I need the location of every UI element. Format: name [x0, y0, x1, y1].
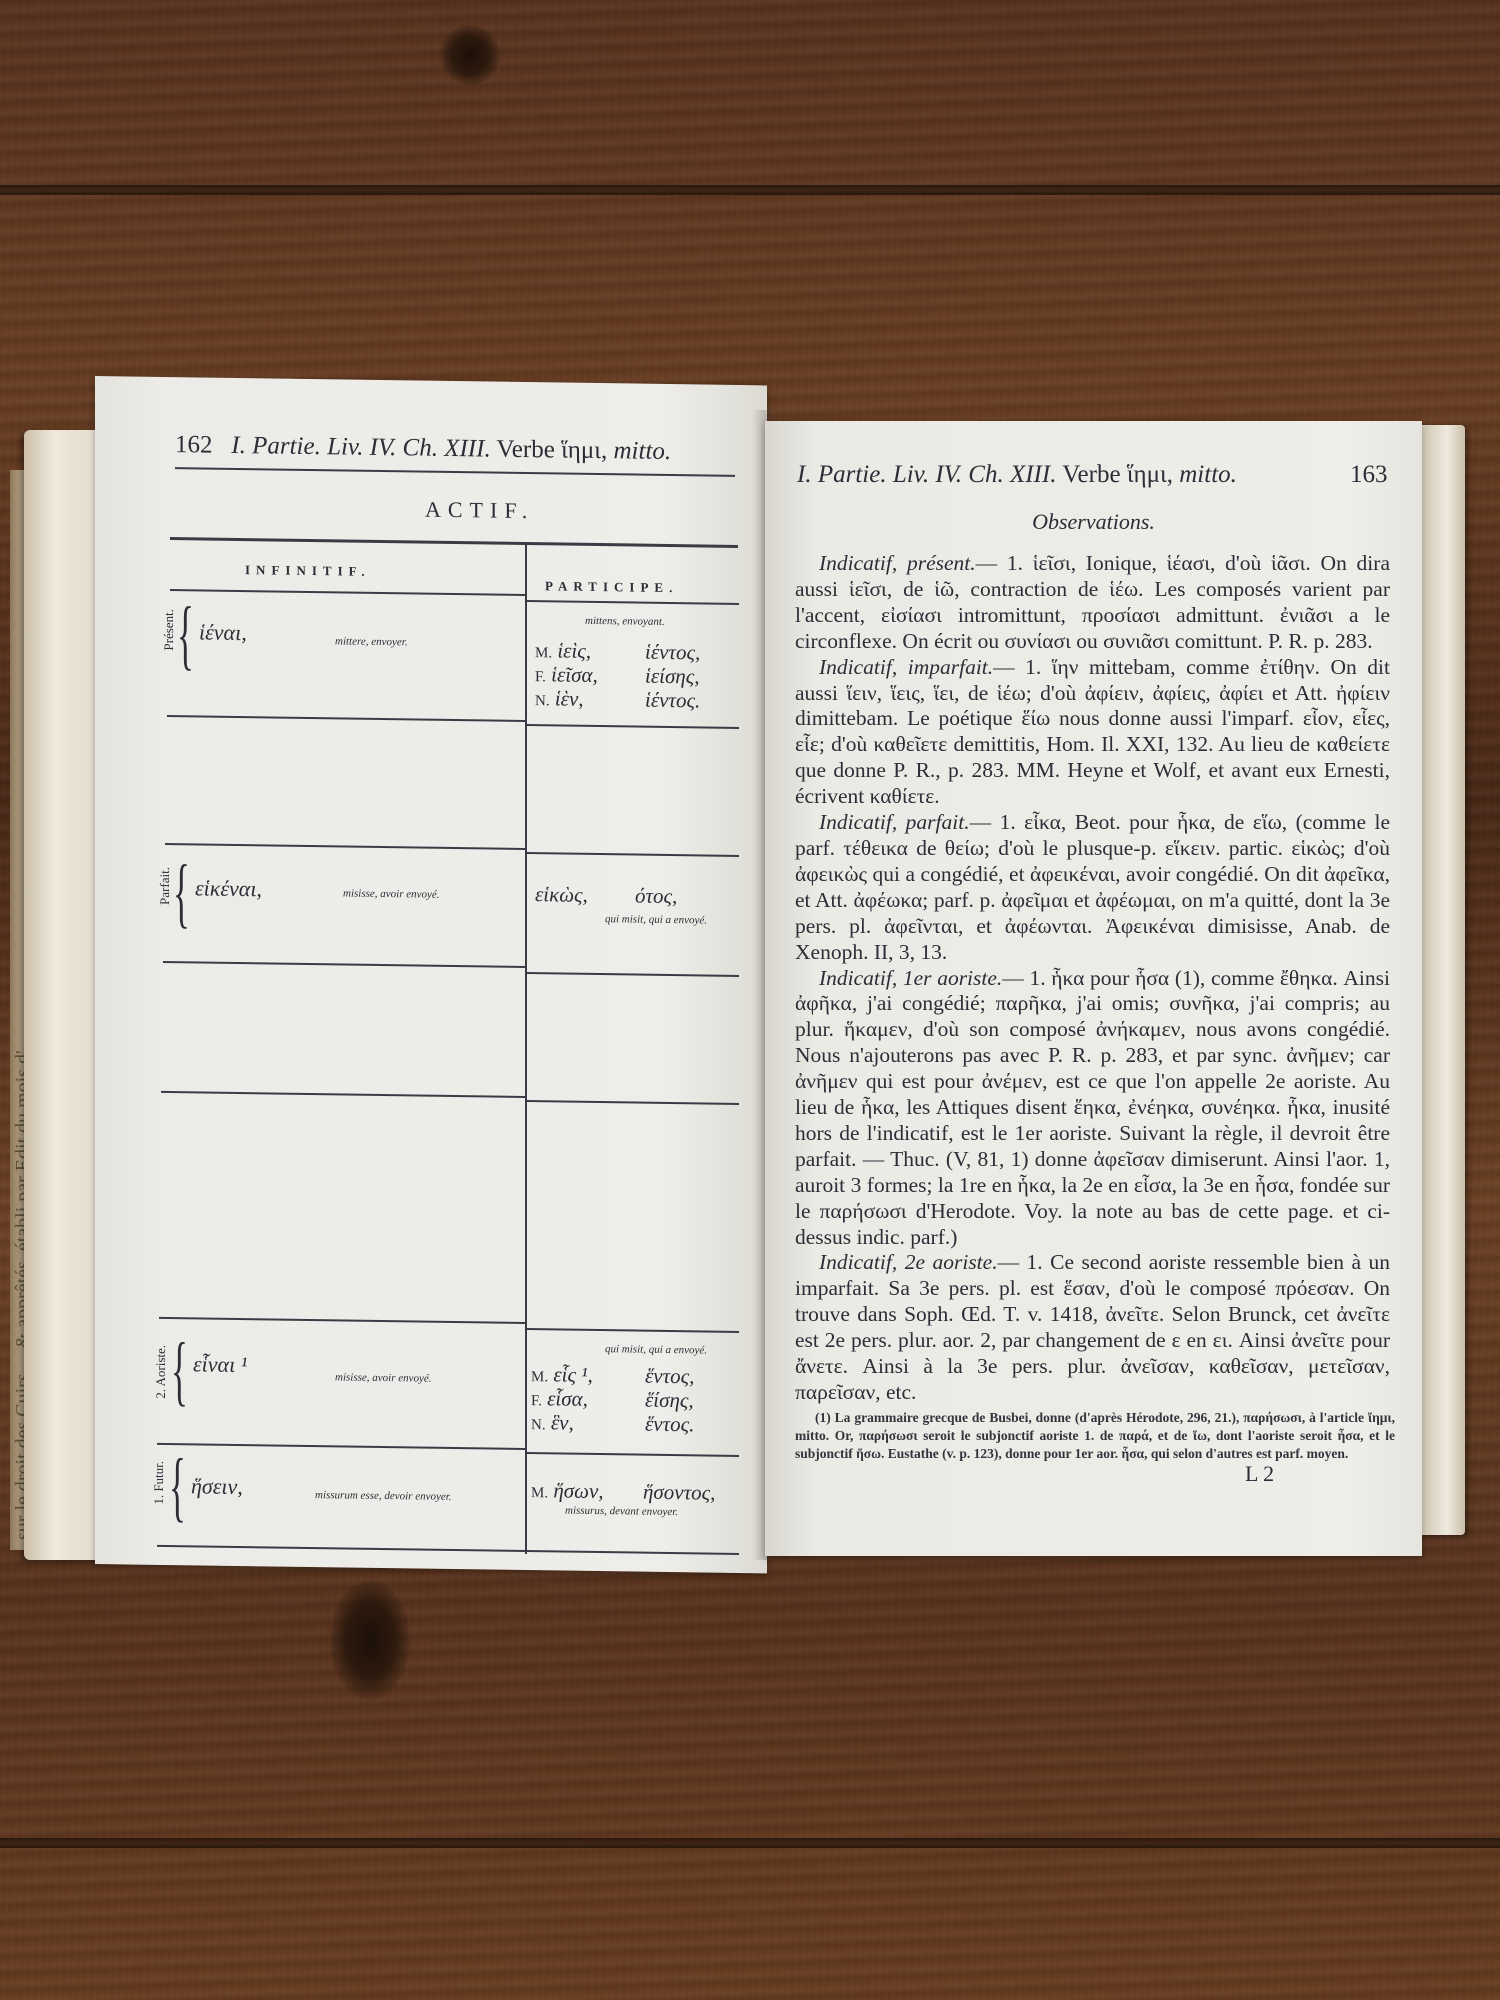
head-rule	[175, 467, 735, 477]
participle-aoriste-n: N. ἓν,	[531, 1410, 574, 1436]
gloss-aoriste-infinitive: misisse, avoir envoyé.	[335, 1371, 432, 1384]
gloss-parfait-participle: qui misit, qui a envoyé.	[605, 913, 707, 926]
brace-icon: {	[169, 1447, 186, 1525]
row-rule	[527, 852, 739, 857]
infinitive-futur: ἥσειν,	[191, 1473, 243, 1500]
table-plank-gap-top	[0, 185, 1500, 195]
participle-futur-m-gen: ἥσοντος,	[643, 1480, 715, 1506]
paragraph-parfait: Indicatif, parfait.— 1. εἷκα, Beot. pour…	[795, 810, 1390, 965]
observations-body: Indicatif, présent.— 1. ἱεῖσι, Ionique, …	[795, 551, 1390, 1406]
participle-present-m-gen: ἱέντος,	[645, 640, 700, 666]
paragraph-aoriste-1: Indicatif, 1er aoriste.— 1. ἧκα pour ἧσα…	[795, 966, 1390, 1251]
signature-mark: L 2	[1245, 1461, 1274, 1487]
participle-parfait: εἱκὼς,	[535, 882, 588, 908]
row-rule	[157, 1443, 525, 1450]
participle-futur-m: M. ἥσων,	[531, 1478, 604, 1504]
table-top-rule	[170, 537, 738, 548]
participle-present-n: N. ἱὲν,	[535, 686, 584, 712]
wood-knot	[440, 25, 500, 85]
brace-icon: {	[171, 1331, 188, 1409]
participle-present-f-gen: ἱείσης,	[645, 664, 700, 690]
right-page-number: 163	[1350, 461, 1388, 489]
right-head-verb: Verbe ἵημι,	[1062, 461, 1173, 488]
table-bottom-rule	[157, 1545, 739, 1555]
col-head-participe: PARTICIPE.	[545, 578, 678, 596]
paragraph-imparfait: Indicatif, imparfait.— 1. ἵην mittebam, …	[795, 655, 1390, 810]
left-page-number: 162	[175, 431, 213, 459]
right-head-part: I. Partie. Liv. IV. Ch. XIII.	[797, 461, 1056, 488]
footnote: (1) La grammaire grecque de Busbei, donn…	[795, 1409, 1395, 1463]
header-rule	[527, 600, 739, 605]
paragraph-aoriste-2: Indicatif, 2e aoriste.— 1. Ce second aor…	[795, 1250, 1390, 1405]
column-divider	[525, 544, 527, 1554]
row-rule	[527, 1100, 739, 1105]
section-title-actif: ACTIF.	[425, 497, 534, 525]
row-rule	[159, 1317, 525, 1324]
gloss-present-participle: mittens, envoyant.	[585, 615, 665, 628]
gloss-aoriste-participle: qui misit, qui a envoyé.	[605, 1343, 707, 1356]
participle-present-n-gen: ἱέντος.	[645, 688, 700, 714]
left-page: 162 I. Partie. Liv. IV. Ch. XIII. Verbe …	[95, 376, 767, 1573]
left-running-head: 162 I. Partie. Liv. IV. Ch. XIII. Verbe …	[175, 431, 671, 466]
gloss-present-infinitive: mittere, envoyer.	[335, 635, 408, 648]
left-head-verb: Verbe ἵημι,	[497, 436, 608, 465]
right-head-gloss: mitto.	[1179, 461, 1237, 488]
participle-aoriste-f: F. εἷσα,	[531, 1386, 588, 1412]
participle-parfait-gen: ότος,	[635, 884, 677, 910]
tense-label-present: Présent.	[161, 609, 177, 651]
paragraph-present: Indicatif, présent.— 1. ἱεῖσι, Ionique, …	[795, 551, 1390, 655]
infinitive-aoriste: εἷναι ¹	[193, 1351, 247, 1378]
right-running-head: I. Partie. Liv. IV. Ch. XIII. Verbe ἵημι…	[797, 461, 1237, 489]
tense-label-aoriste: 2. Aoriste.	[153, 1345, 169, 1399]
participle-aoriste-f-gen: ἕίσης,	[645, 1388, 694, 1414]
gloss-futur-infinitive: missurum esse, devoir envoyer.	[315, 1489, 452, 1503]
participle-present-m: M. ἱεὶς,	[535, 638, 591, 664]
gloss-futur-participle: missurus, devant envoyer.	[565, 1505, 678, 1519]
participle-aoriste-n-gen: ἕντος.	[645, 1412, 694, 1438]
right-page: I. Partie. Liv. IV. Ch. XIII. Verbe ἵημι…	[765, 421, 1422, 1556]
tense-label-parfait: Parfait.	[157, 867, 173, 905]
participle-aoriste-m: M. εἷς ¹,	[531, 1362, 593, 1388]
row-rule	[527, 1452, 739, 1457]
left-head-part: I. Partie. Liv. IV. Ch. XIII.	[231, 432, 490, 463]
gloss-parfait-infinitive: misisse, avoir envoyé.	[343, 887, 440, 900]
row-rule	[527, 724, 739, 729]
tense-label-futur: 1. Futur.	[151, 1461, 167, 1505]
row-rule	[161, 1091, 525, 1098]
header-rule	[170, 589, 525, 596]
col-head-infinitif: INFINITIF.	[245, 562, 371, 580]
row-rule	[167, 715, 525, 722]
brace-icon: {	[177, 595, 194, 673]
participle-present-f: F. ἱεῖσα,	[535, 662, 598, 688]
brace-icon: {	[173, 853, 190, 931]
wood-knot	[330, 1580, 410, 1700]
row-rule	[163, 961, 525, 968]
observations-title: Observations.	[765, 509, 1422, 535]
table-plank-gap-bottom	[0, 1838, 1500, 1848]
row-rule	[527, 972, 739, 977]
participle-aoriste-m-gen: ἕντος,	[645, 1364, 694, 1390]
row-rule	[165, 843, 525, 850]
row-rule	[527, 1328, 739, 1333]
left-head-gloss: mitto.	[614, 437, 672, 465]
infinitive-parfait: εἱκέναι,	[195, 875, 262, 902]
infinitive-present: ἱέναι,	[199, 619, 247, 646]
